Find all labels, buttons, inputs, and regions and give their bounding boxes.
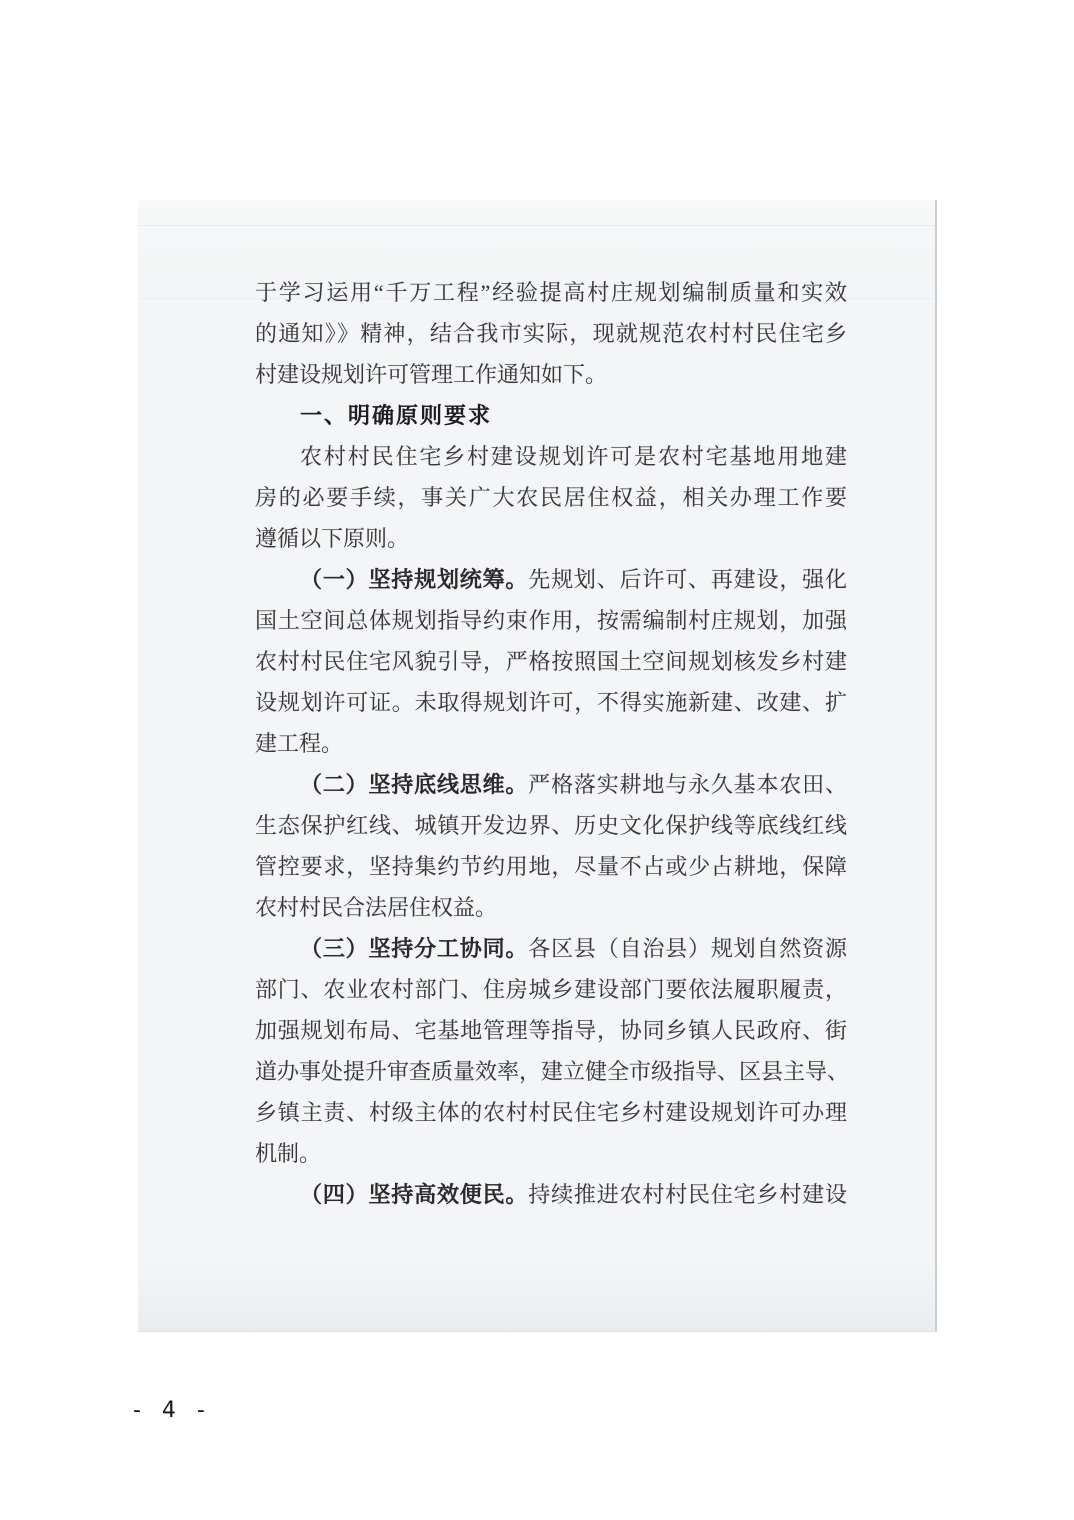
text-line: 的通知》》精神，结合我市实际，现就规范农村村民住宅乡 (255, 313, 847, 354)
text-line: （四）坚持高效便民。持续推进农村村民住宅乡村建设 (255, 1174, 847, 1215)
text-line: 道办事处提升审查质量效率，建立健全市级指导、区县主导、 (255, 1051, 847, 1092)
text-line: 遵循以下原则。 (255, 518, 847, 559)
text-line: 建工程。 (255, 723, 847, 764)
text-line: 管控要求，坚持集约节约用地，尽量不占或少占耕地，保障 (255, 846, 847, 887)
text-line: 农村村民住宅乡村建设规划许可是农村宅基地用地建 (255, 436, 847, 477)
section-heading: 一、明确原则要求 (255, 395, 847, 436)
text-line: 于学习运用“千万工程”经验提高村庄规划编制质量和实效 (255, 272, 847, 313)
text-line: 生态保护红线、城镇开发边界、历史文化保护线等底线红线 (255, 805, 847, 846)
text-line: 设规划许可证。未取得规划许可，不得实施新建、改建、扩 (255, 682, 847, 723)
page-number: - 4 - (133, 1398, 212, 1423)
text-line: 国土空间总体规划指导约束作用，按需编制村庄规划，加强 (255, 600, 847, 641)
text-line: （三）坚持分工协同。各区县（自治县）规划自然资源 (255, 928, 847, 969)
scan-artifact-line (138, 225, 935, 226)
text-line: 农村村民合法居住权益。 (255, 887, 847, 928)
scanned-document-canvas: 于学习运用“千万工程”经验提高村庄规划编制质量和实效的通知》》精神，结合我市实际… (0, 0, 1074, 1520)
document-text: 于学习运用“千万工程”经验提高村庄规划编制质量和实效的通知》》精神，结合我市实际… (255, 272, 847, 1215)
text-line: 乡镇主责、村级主体的农村村民住宅乡村建设规划许可办理 (255, 1092, 847, 1133)
text-line: 村建设规划许可管理工作通知如下。 (255, 354, 847, 395)
text-line: （二）坚持底线思维。严格落实耕地与永久基本农田、 (255, 764, 847, 805)
text-line: （一）坚持规划统筹。先规划、后许可、再建设，强化 (255, 559, 847, 600)
text-line: 加强规划布局、宅基地管理等指导，协同乡镇人民政府、街 (255, 1010, 847, 1051)
text-line: 农村村民住宅风貌引导，严格按照国土空间规划核发乡村建 (255, 641, 847, 682)
text-line: 部门、农业农村部门、住房城乡建设部门要依法履职履责， (255, 969, 847, 1010)
text-line: 房的必要手续，事关广大农民居住权益，相关办理工作要 (255, 477, 847, 518)
text-line: 机制。 (255, 1133, 847, 1174)
